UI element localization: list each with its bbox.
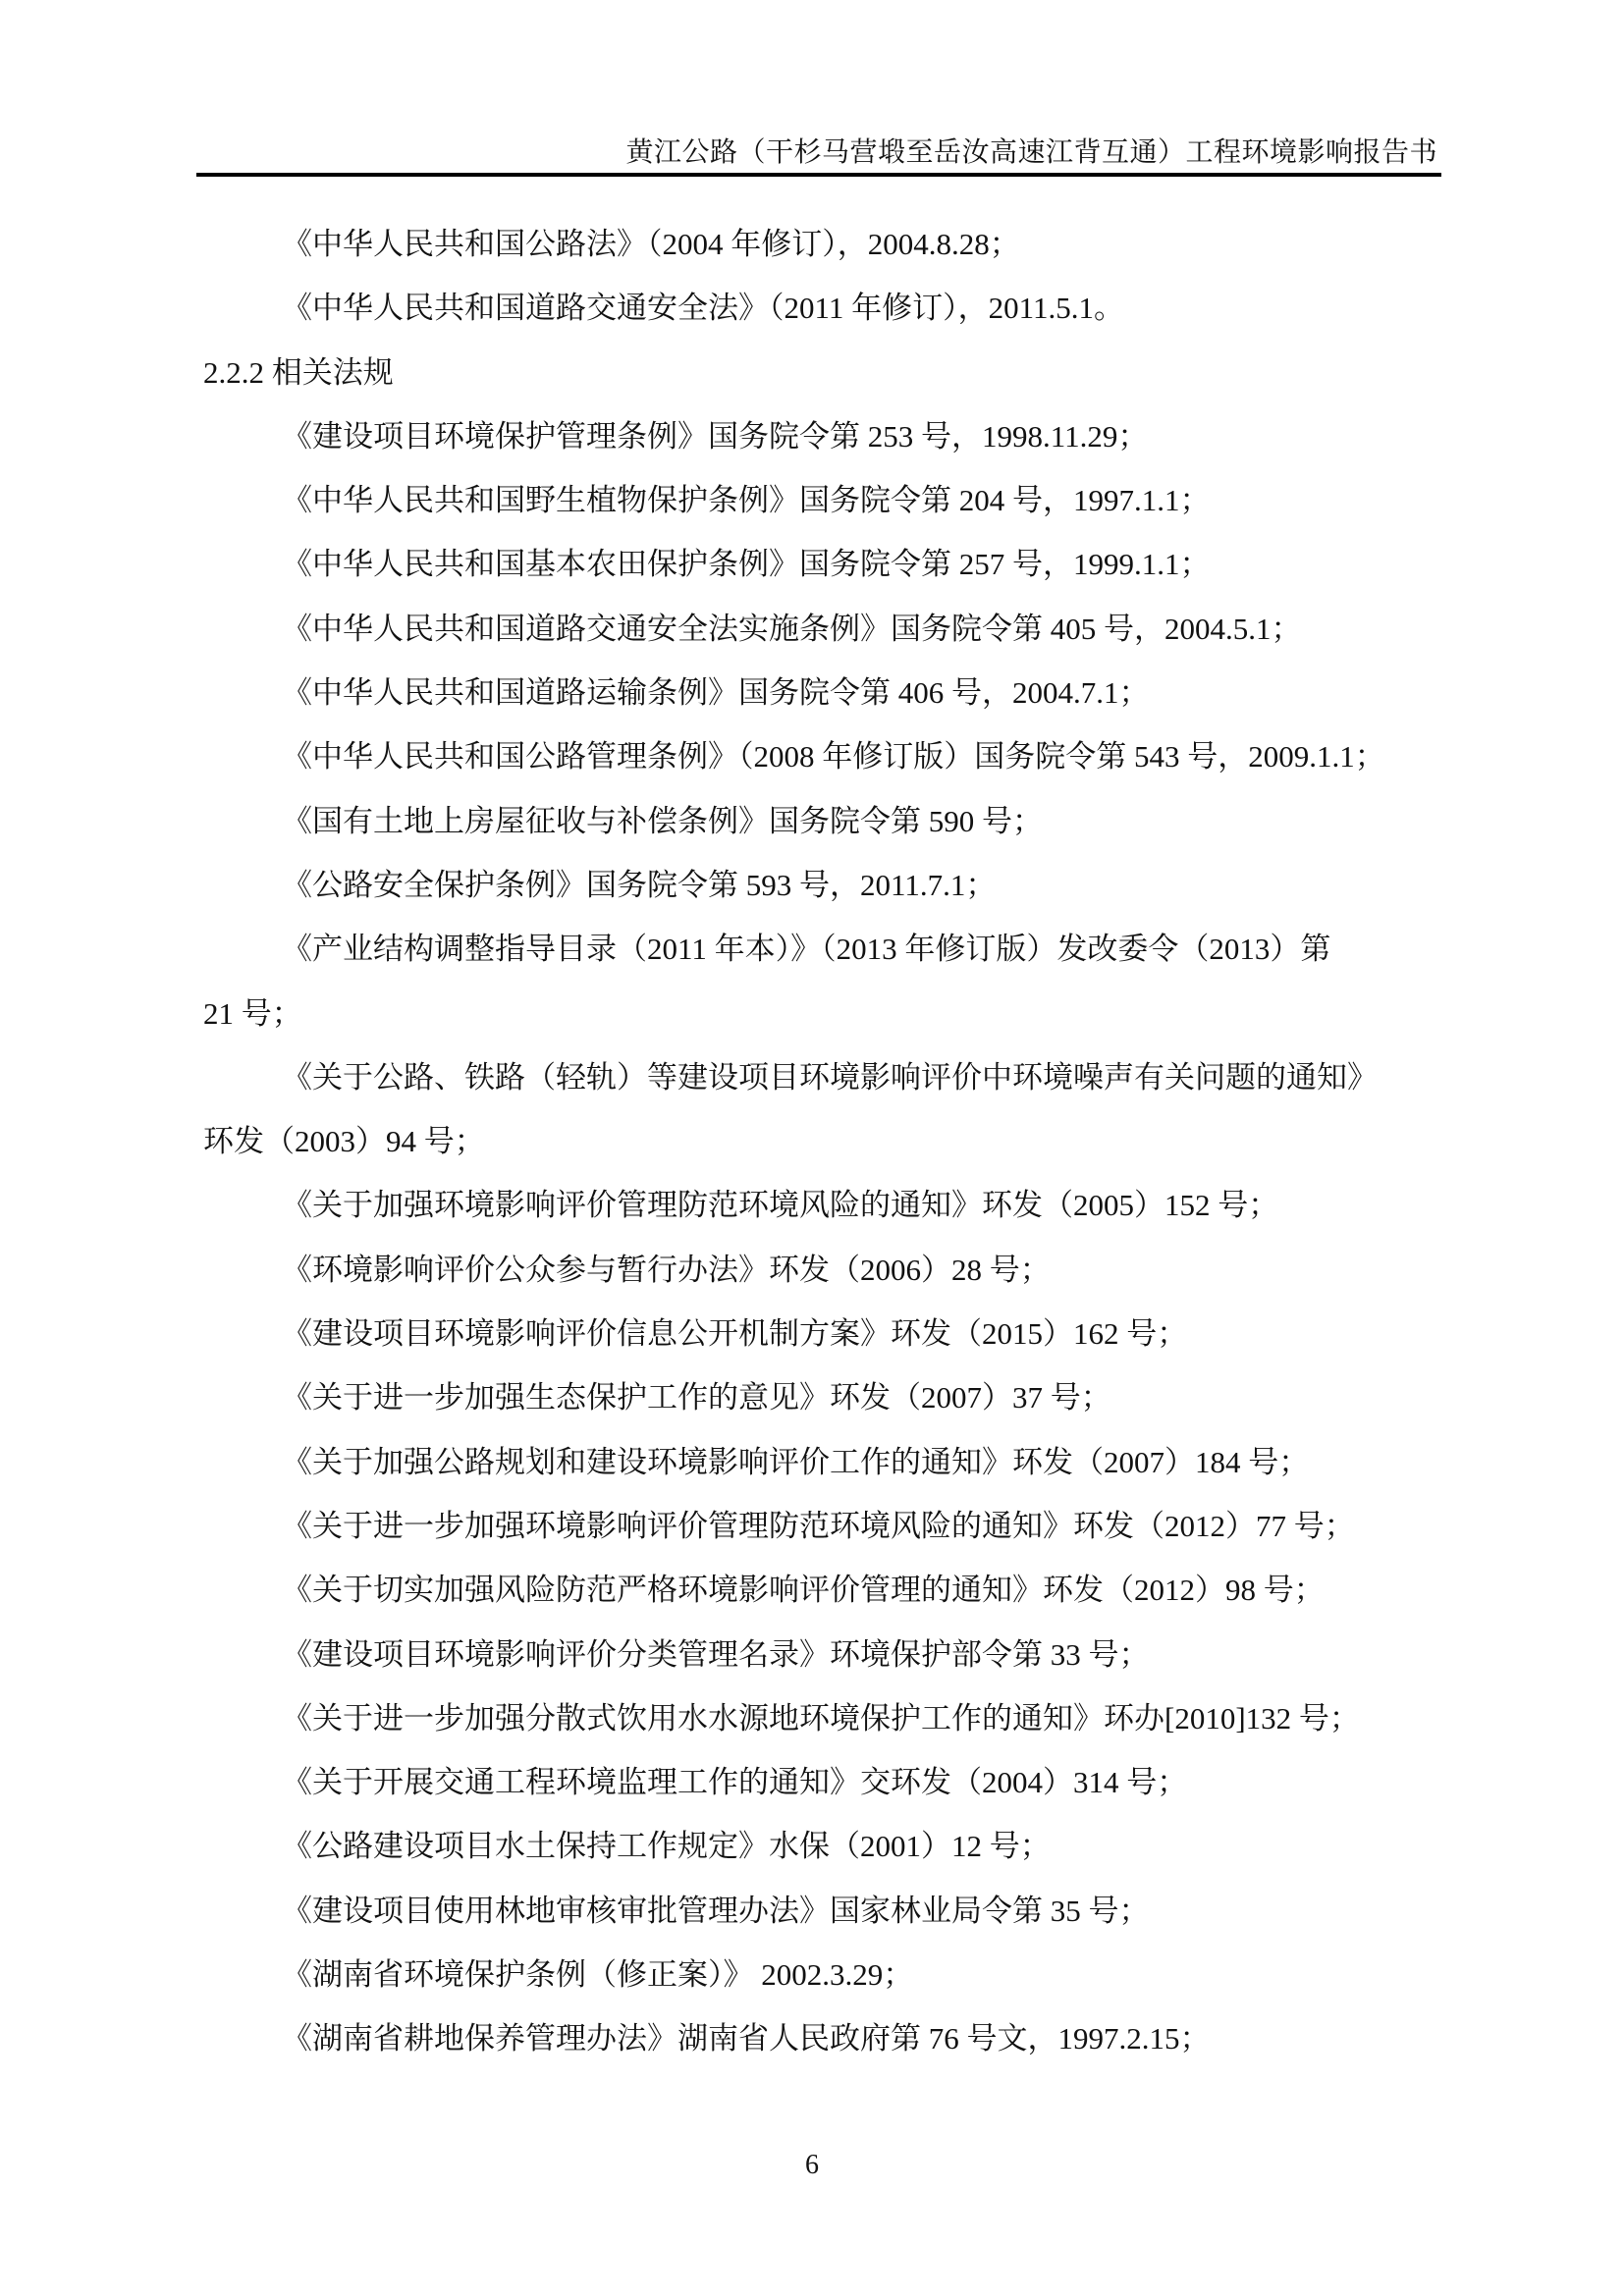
text-line: 《建设项目环境影响评价信息公开机制方案》环发（2015）162 号； <box>203 1302 1440 1365</box>
text-line: 《关于进一步加强环境影响评价管理防范环境风险的通知》环发（2012）77 号； <box>203 1494 1440 1558</box>
text-line: 《中华人民共和国道路交通安全法实施条例》国务院令第 405 号，2004.5.1… <box>203 597 1440 661</box>
text-line: 《建设项目环境影响评价分类管理名录》环境保护部令第 33 号； <box>203 1623 1440 1686</box>
text-line: 《公路建设项目水土保持工作规定》水保（2001）12 号； <box>203 1814 1440 1878</box>
text-line: 《建设项目环境保护管理条例》国务院令第 253 号，1998.11.29； <box>203 404 1440 468</box>
text-line: 21 号； <box>203 982 1440 1045</box>
text-line: 《中华人民共和国野生植物保护条例》国务院令第 204 号，1997.1.1； <box>203 468 1440 532</box>
text-line: 《中华人民共和国基本农田保护条例》国务院令第 257 号，1999.1.1； <box>203 532 1440 596</box>
text-line: 《关于加强环境影响评价管理防范环境风险的通知》环发（2005）152 号； <box>203 1173 1440 1237</box>
text-line: 《建设项目使用林地审核审批管理办法》国家林业局令第 35 号； <box>203 1879 1440 1943</box>
text-line: 《国有土地上房屋征收与补偿条例》国务院令第 590 号； <box>203 789 1440 853</box>
running-header-title: 黄江公路（干杉马营塅至岳汝高速江背互通）工程环境影响报告书 <box>625 131 1437 170</box>
text-line: 《产业结构调整指导目录（2011 年本）》（2013 年修订版）发改委令（201… <box>203 917 1440 981</box>
text-line: 《关于加强公路规划和建设环境影响评价工作的通知》环发（2007）184 号； <box>203 1430 1440 1494</box>
text-line: 《关于切实加强风险防范严格环境影响评价管理的通知》环发（2012）98 号； <box>203 1558 1440 1622</box>
text-line: 《中华人民共和国公路管理条例》（2008 年修订版）国务院令第 543 号，20… <box>203 724 1440 788</box>
text-line: 《中华人民共和国道路运输条例》国务院令第 406 号，2004.7.1； <box>203 661 1440 724</box>
text-line: 环发（2003）94 号； <box>203 1109 1440 1173</box>
text-line: 《关于进一步加强生态保护工作的意见》环发（2007）37 号； <box>203 1365 1440 1429</box>
text-line: 《中华人民共和国道路交通安全法》（2011 年修订），2011.5.1。 <box>203 276 1440 340</box>
page-number: 6 <box>0 2150 1624 2181</box>
text-line: 《关于进一步加强分散式饮用水水源地环境保护工作的通知》环办[2010]132 号… <box>203 1686 1440 1750</box>
text-line: 《关于开展交通工程环境监理工作的通知》交环发（2004）314 号； <box>203 1750 1440 1814</box>
section-heading: 2.2.2 相关法规 <box>203 341 1440 404</box>
header-divider <box>196 173 1441 177</box>
text-line: 《公路安全保护条例》国务院令第 593 号，2011.7.1； <box>203 853 1440 917</box>
text-line: 《湖南省耕地保养管理办法》湖南省人民政府第 76 号文，1997.2.15； <box>203 2006 1440 2070</box>
text-line: 《关于公路、铁路（轻轨）等建设项目环境影响评价中环境噪声有关问题的通知》 <box>203 1045 1440 1109</box>
text-line: 《环境影响评价公众参与暂行办法》环发（2006）28 号； <box>203 1238 1440 1302</box>
text-line: 《中华人民共和国公路法》（2004 年修订），2004.8.28； <box>203 212 1440 276</box>
text-line: 《湖南省环境保护条例（修正案）》 2002.3.29； <box>203 1943 1440 2006</box>
body-text: 《中华人民共和国公路法》（2004 年修订），2004.8.28；《中华人民共和… <box>203 212 1440 2071</box>
